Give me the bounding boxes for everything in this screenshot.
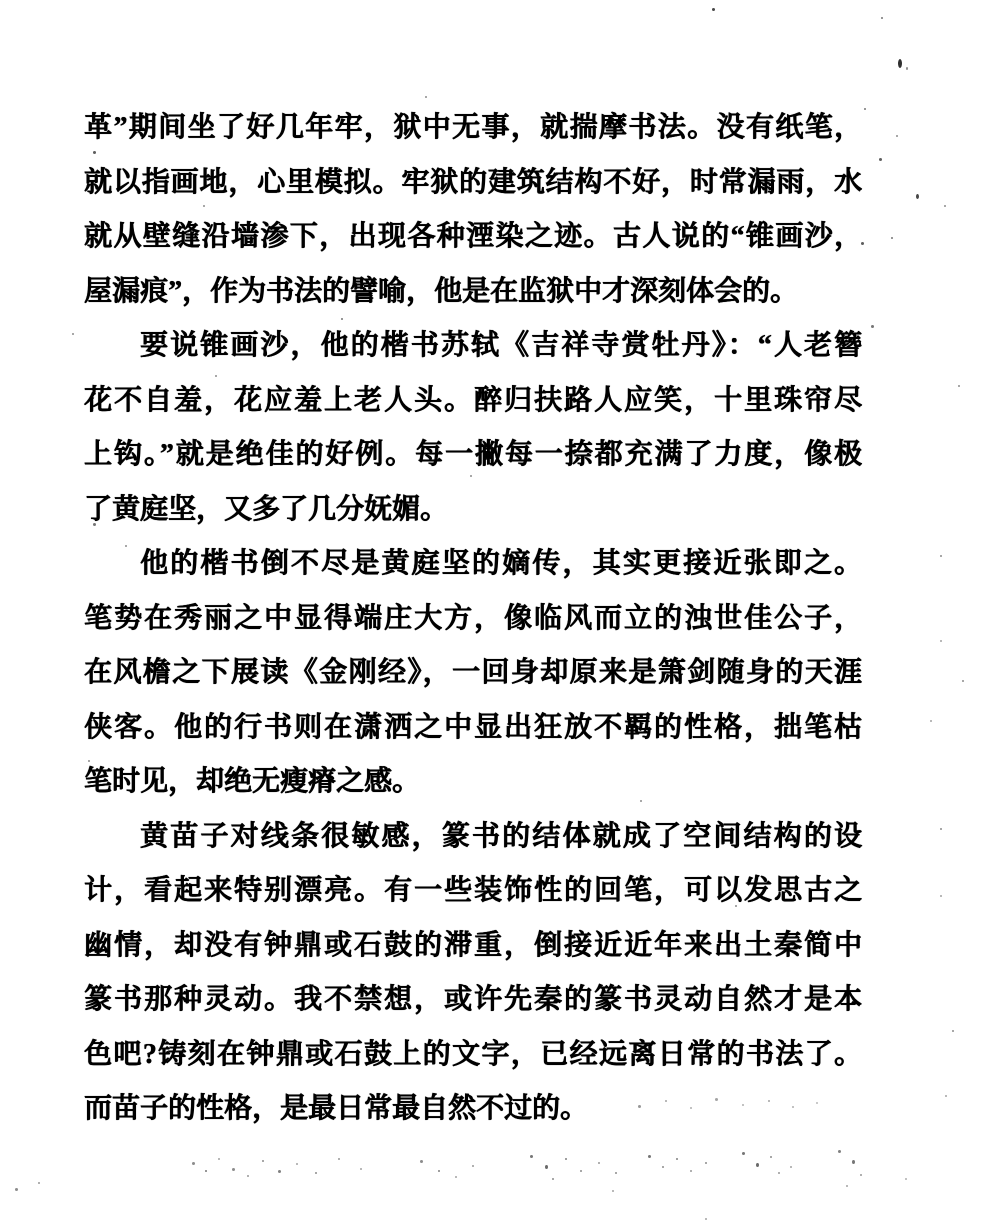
text-line: 而苗子的性格，是最日常最自然不过的。 <box>84 1082 862 1137</box>
text-line: 他的楷书倒不尽是黄庭坚的嫡传，其实更接近张即之。 <box>84 537 862 592</box>
scan-speckle <box>455 1176 457 1178</box>
scan-speckle <box>425 96 427 98</box>
scan-speckle <box>861 242 864 245</box>
scan-speckle <box>15 1188 18 1191</box>
scan-speckle <box>615 1172 617 1174</box>
scan-speckle <box>715 1098 718 1101</box>
scan-speckle <box>879 158 882 161</box>
scan-speckle <box>360 1168 362 1170</box>
scan-speckle <box>215 375 217 377</box>
scan-speckle <box>218 1158 220 1160</box>
text-line: 就从壁缝沿墙渗下，出现各种湮染之迹。古人说的“锥画沙， <box>84 210 862 265</box>
scan-speckle <box>891 237 893 239</box>
scan-speckle <box>705 1218 707 1220</box>
scan-speckle <box>846 1185 848 1187</box>
text-line: 屋漏痕”，作为书法的譬喻，他是在监狱中才深刻体会的。 <box>84 265 862 320</box>
scan-speckle <box>420 1160 423 1163</box>
scan-speckle <box>940 640 942 642</box>
scan-speckle <box>952 1030 954 1032</box>
scan-speckle <box>864 108 866 110</box>
scan-speckle <box>962 680 964 682</box>
scan-speckle <box>472 1165 474 1167</box>
scan-speckle <box>816 1102 818 1104</box>
scan-speckle <box>125 545 127 547</box>
text-line: 篆书那种灵动。我不禁想，或许先秦的篆书灵动自然才是本 <box>84 973 862 1028</box>
scan-speckle <box>690 1107 692 1109</box>
scan-speckle <box>905 1178 907 1180</box>
scan-speckle <box>38 1182 40 1184</box>
scan-speckle <box>205 1170 207 1172</box>
scan-speckle <box>580 1170 582 1172</box>
scan-speckle <box>93 523 96 526</box>
scan-speckle <box>768 1100 770 1102</box>
text-line: 幽情，却没有钟鼎或石鼓的滞重，倒接近近年来出土秦简中 <box>84 919 862 974</box>
text-block: 革”期间坐了好几年牢，狱中无事，就揣摩书法。没有纸笔，就以指画地，心里模拟。牢狱… <box>84 101 862 1137</box>
text-line: 黄苗子对线条很敏感，篆书的结体就成了空间结构的设 <box>84 810 862 865</box>
scan-speckle <box>598 1162 600 1164</box>
scan-speckle <box>341 318 343 320</box>
scan-speckle <box>940 555 942 557</box>
scan-speckle <box>665 1100 667 1102</box>
scanned-page: 革”期间坐了好几年牢，狱中无事，就揣摩书法。没有纸笔，就以指画地，心里模拟。牢狱… <box>0 0 1006 1223</box>
text-line: 要说锥画沙，他的楷书苏轼《吉祥寺赏牡丹》：“人老簪 <box>84 319 862 374</box>
scan-speckle <box>916 194 919 199</box>
scan-speckle <box>742 1104 744 1106</box>
scan-speckle <box>778 1172 780 1174</box>
text-line: 侠客。他的行书则在潇洒之中显出狂放不羁的性格，拙笔枯 <box>84 701 862 756</box>
scan-speckle <box>612 1190 614 1192</box>
scan-speckle <box>88 760 90 762</box>
scan-speckle <box>690 1170 692 1172</box>
text-line: 上钩。”就是绝佳的好例。每一撇每一捺都充满了力度，像极 <box>84 428 862 483</box>
text-line: 笔时见，却绝无瘦瘠之感。 <box>84 755 862 810</box>
scan-speckle <box>712 8 715 11</box>
scan-speckle <box>930 720 932 722</box>
scan-speckle <box>72 333 74 335</box>
scan-speckle <box>545 1165 548 1169</box>
scan-speckle <box>278 1170 281 1173</box>
scan-speckle <box>735 905 737 907</box>
scan-speckle <box>470 475 472 477</box>
scan-speckle <box>203 205 205 207</box>
text-line: 了黄庭坚，又多了几分妩媚。 <box>84 483 862 538</box>
text-line: 花不自羞，花应羞上老人头。醉归扶路人应笑，十里珠帘尽 <box>84 374 862 429</box>
text-line: 就以指画地，心里模拟。牢狱的建筑结构不好，时常漏雨，水 <box>84 156 862 211</box>
scan-speckle <box>944 205 946 207</box>
scan-speckle <box>705 1162 707 1164</box>
text-line: 计，看起来特别漂亮。有一些装饰性的回笔，可以发思古之 <box>84 864 862 919</box>
scan-speckle <box>860 1174 862 1176</box>
scan-speckle <box>790 1166 792 1168</box>
scan-speckle <box>90 1000 92 1002</box>
scan-speckle <box>315 1172 317 1174</box>
scan-speckle <box>88 620 90 622</box>
scan-speckle <box>262 1160 264 1162</box>
scan-speckle <box>958 385 960 387</box>
text-line: 在风檐之下展读《金刚经》，一回身却原来是箫剑随身的天涯 <box>84 646 862 701</box>
scan-speckle <box>648 1155 651 1158</box>
scan-speckle <box>742 1152 745 1155</box>
scan-speckle <box>770 1156 772 1158</box>
scan-speckle <box>792 1106 794 1108</box>
scan-speckle <box>898 59 902 68</box>
scan-speckle <box>296 1163 298 1165</box>
text-line: 笔势在秀丽之中显得端庄大方，像临风而立的浊世佳公子， <box>84 592 862 647</box>
scan-speckle <box>565 1158 567 1160</box>
scan-speckle <box>93 151 96 154</box>
scan-speckle <box>530 1155 533 1158</box>
scan-speckle <box>756 1163 759 1167</box>
scan-speckle <box>438 1170 440 1172</box>
scan-speckle <box>552 1178 554 1180</box>
scan-speckle <box>232 1168 235 1171</box>
scan-speckle <box>338 1158 340 1160</box>
scan-speckle <box>192 1162 195 1165</box>
scan-speckle <box>90 880 92 882</box>
scan-speckle <box>940 828 942 830</box>
scan-speckle <box>896 135 898 137</box>
scan-speckle <box>940 895 942 897</box>
scan-speckle <box>247 1175 249 1177</box>
scan-speckle <box>906 67 908 70</box>
scan-speckle <box>871 325 874 328</box>
scan-speckle <box>945 1095 947 1097</box>
scan-speckle <box>676 1158 678 1160</box>
scan-speckle <box>640 800 642 802</box>
text-line: 革”期间坐了好几年牢，狱中无事，就揣摩书法。没有纸笔， <box>84 101 862 156</box>
scan-speckle <box>838 1150 841 1153</box>
scan-speckle <box>881 17 883 19</box>
text-line: 色吧?铸刻在钟鼎或石鼓上的文字，已经远离日常的书法了。 <box>84 1028 862 1083</box>
scan-speckle <box>638 1105 641 1108</box>
scan-speckle <box>852 1160 855 1164</box>
scan-speckle <box>662 1166 664 1168</box>
